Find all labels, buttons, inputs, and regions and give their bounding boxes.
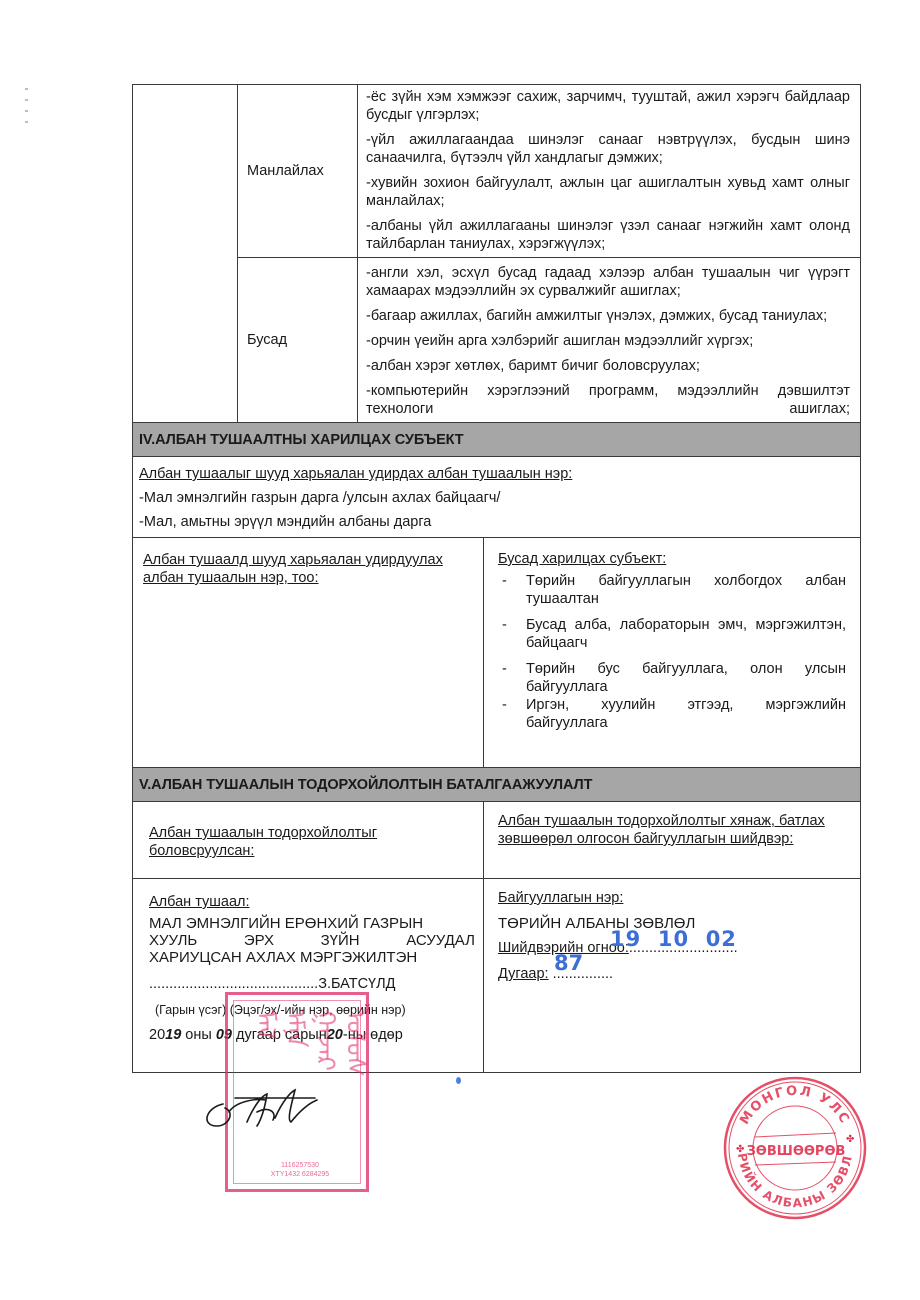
- competency-item: -албаны үйл ажиллагааны шинэлэг үзэл сан…: [366, 217, 850, 253]
- ink-dot: [456, 1077, 461, 1084]
- approval-seal: МОНГОЛ УЛС ЗӨВШӨӨРӨВ ТӨРИЙН АЛБАНЫ ЗӨВЛӨ…: [720, 1070, 870, 1220]
- supervisors-cell: Албан тушаалыг шууд харьяалан удирдах ал…: [133, 457, 860, 538]
- org-label: Байгууллагын нэр:: [498, 890, 623, 906]
- prepared-by-label: Албан тушаалын тодорхойлолтыг боловсруул…: [149, 825, 377, 859]
- relation-item: Бусад алба, лабораторын эмч, мэргэжилтэн…: [498, 616, 846, 652]
- position-label: Албан тушаал:: [149, 894, 250, 910]
- competency-items: -англи хэл, эсхүл бусад гадаад хэлээр ал…: [358, 258, 860, 422]
- section-4-header: IV.АЛБАН ТУШААЛТНЫ ХАРИЛЦАХ СУБЪЕКТ: [133, 423, 860, 457]
- decision-number: Дугаар: ............... 87: [498, 965, 850, 983]
- competency-category: Бусад: [238, 258, 358, 422]
- svg-text:✤: ✤: [736, 1144, 744, 1155]
- preparer-cell: Албан тушаал: МАЛ ЭМНЭЛГИЙН ЕРӨНХИЙ ГАЗР…: [133, 879, 484, 1072]
- signature-date: 2019 оны 09 дугаар сарын20-ны өдөр: [149, 1026, 475, 1045]
- subordinates-cell: Албан тушаалд шууд харьяалан удирдуулах …: [133, 538, 484, 767]
- other-relations-list: Төрийн байгууллагын холбогдох албан туша…: [498, 572, 846, 732]
- job-description-table: Манлайлах -ёс зүйн хэм хэмжээг сахиж, за…: [132, 84, 861, 1073]
- svg-text:ТӨРИЙН АЛБАНЫ ЗӨВЛӨЛ: ТӨРИЙН АЛБАНЫ ЗӨВЛӨЛ: [720, 1070, 855, 1210]
- approval-decision-label: Албан тушаалын тодорхойлолтыг хянаж, бат…: [498, 813, 825, 847]
- handwritten-day: 20: [327, 1027, 343, 1043]
- signer-name: З.БАТСҮЛД: [318, 976, 395, 992]
- relation-item: Төрийн бус байгууллага, олон улсын байгу…: [498, 660, 846, 696]
- handwritten-month: 09: [216, 1027, 232, 1043]
- competency-item: -хувийн зохион байгуулалт, ажлын цаг аши…: [366, 174, 850, 210]
- other-relations-cell: Бусад харилцах субъект: Төрийн байгуулла…: [484, 538, 860, 767]
- signature-line: ........................................…: [149, 975, 475, 994]
- signature-dots: ........................................…: [149, 976, 318, 992]
- decision-date-value: 19 10 02: [610, 930, 737, 948]
- competency-item: -компьютерийн хэрэглээний программ, мэдэ…: [366, 382, 850, 418]
- subordinates-label: Албан тушаалд шууд харьяалан удирдуулах …: [143, 552, 443, 586]
- decision-date: Шийдвэрийн огноо:.......................…: [498, 939, 850, 957]
- svg-text:ЗӨВШӨӨРӨВ: ЗӨВШӨӨРӨВ: [747, 1144, 846, 1159]
- signature-caption: (Гарын үсэг) (Эцэг/эх/-ийн нэр, өөрийн н…: [149, 1001, 475, 1020]
- svg-text:МОНГОЛ УЛС: МОНГОЛ УЛС: [737, 1084, 852, 1128]
- approval-header-row: Албан тушаалын тодорхойлолтыг боловсруул…: [133, 802, 860, 879]
- competency-item: -англи хэл, эсхүл бусад гадаад хэлээр ал…: [366, 264, 850, 300]
- approving-org-cell: Байгууллагын нэр: ТӨРИЙН АЛБАНЫ ЗӨВЛӨЛ Ш…: [484, 879, 860, 1072]
- competency-item: -ёс зүйн хэм хэмжээг сахиж, зарчимч, туу…: [366, 88, 850, 124]
- supervisors-label: Албан тушаалыг шууд харьяалан удирдах ал…: [139, 466, 572, 482]
- competency-row-leadership: Манлайлах -ёс зүйн хэм хэмжээг сахиж, за…: [133, 85, 860, 257]
- section-5-header: V.АЛБАН ТУШААЛЫН ТОДОРХОЙЛОЛТЫН БАТАЛГАА…: [133, 768, 860, 802]
- competency-row-other: Бусад -англи хэл, эсхүл бусад гадаад хэл…: [133, 258, 860, 423]
- handwritten-signature: [195, 1082, 325, 1132]
- svg-text:✤: ✤: [846, 1134, 854, 1145]
- competency-category: Манлайлах: [238, 85, 358, 257]
- position-title: МАЛ ЭМНЭЛГИЙН ЕРӨНХИЙ ГАЗРЫН ХУУЛЬ ЭРХ З…: [149, 915, 475, 966]
- prepared-by-cell: Албан тушаалын тодорхойлолтыг боловсруул…: [133, 802, 484, 878]
- competency-group-cell: [133, 258, 238, 422]
- competency-group-cell: [133, 85, 238, 257]
- relation-item: Иргэн, хуулийн этгээд, мэргэжлийн байгуу…: [498, 696, 846, 732]
- signature-row: Албан тушаал: МАЛ ЭМНЭЛГИЙН ЕРӨНХИЙ ГАЗР…: [133, 879, 860, 1073]
- decision-number-value: 87: [554, 954, 583, 972]
- approval-decision-cell: Албан тушаалын тодорхойлолтыг хянаж, бат…: [484, 802, 860, 878]
- supervisor-item: -Мал, амьтны эрүүл мэндийн албаны дарга: [139, 513, 854, 531]
- relations-row: Албан тушаалд шууд харьяалан удирдуулах …: [133, 538, 860, 768]
- competency-item: -үйл ажиллагаандаа шинэлэг санааг нэвтрү…: [366, 131, 850, 167]
- relation-item: Төрийн байгууллагын холбогдох албан туша…: [498, 572, 846, 608]
- supervisor-item: -Мал эмнэлгийн газрын дарга /улсын ахлах…: [139, 489, 854, 507]
- competency-item: -багаар ажиллах, багийн амжилтыг үнэлэх,…: [366, 307, 850, 325]
- scan-artifacts: [24, 88, 32, 132]
- other-relations-label: Бусад харилцах субъект:: [498, 551, 666, 567]
- handwritten-year: 19: [165, 1027, 181, 1043]
- competency-item: -орчин үеийн арга хэлбэрийг ашиглан мэдэ…: [366, 332, 850, 350]
- competency-items: -ёс зүйн хэм хэмжээг сахиж, зарчимч, туу…: [358, 85, 860, 257]
- competency-item: -албан хэрэг хөтлөх, баримт бичиг боловс…: [366, 357, 850, 375]
